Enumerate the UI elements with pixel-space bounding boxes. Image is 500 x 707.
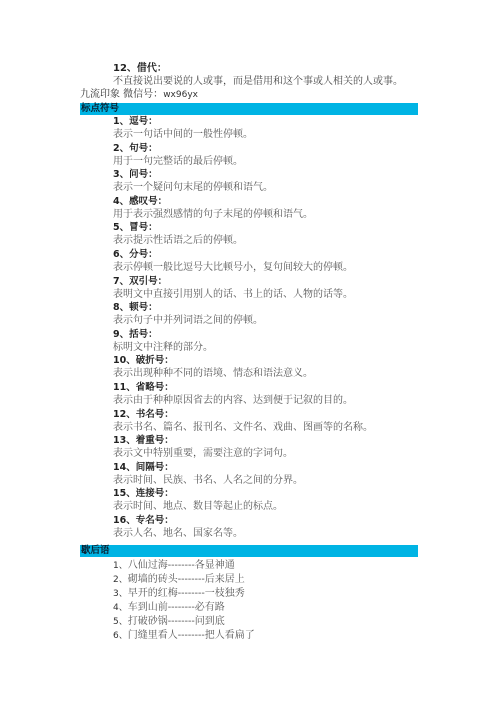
list-item: 14、间隔号：表示时间、民族、书名、人名之间的分界。 xyxy=(113,461,373,488)
item-description: 用于表示强烈感情的句子末尾的停顿和语气。 xyxy=(113,208,373,222)
item-heading: 12、书名号： xyxy=(113,408,373,421)
item-heading: 7、双引号： xyxy=(113,275,373,288)
list-item: 2、砌墙的砖头--------后来居上 xyxy=(113,573,255,587)
item-description: 表示一句话中间的一般性停顿。 xyxy=(113,128,373,142)
credit-line: 九流印象 微信号：wx96yx xyxy=(80,88,198,102)
item-description: 表示书名、篇名、报刊名、文件名、戏曲、图画等的名称。 xyxy=(113,421,373,435)
item-description: 表明文中直接引用别人的话、书上的话、人物的话等。 xyxy=(113,288,373,302)
punctuation-list: 1、逗号：表示一句话中间的一般性停顿。 2、句号：用于一句完整话的最后停顿。 3… xyxy=(113,115,373,541)
list-item: 1、八仙过海--------各显神通 xyxy=(113,559,255,573)
list-item: 3、问号：表示一个疑问句末尾的停顿和语气。 xyxy=(113,168,373,195)
item-description: 表示由于种种原因省去的内容、达到便于记叙的目的。 xyxy=(113,394,373,408)
item-heading: 9、括号： xyxy=(113,328,373,341)
item-text: 早开的红梅--------一枝独秀 xyxy=(128,588,245,599)
item-description: 标明文中注释的部分。 xyxy=(113,341,373,355)
previous-item-description: 不直接说出要说的人或事，而是借用和这个事或人相关的人或事。 xyxy=(113,75,403,88)
item-number: 4、 xyxy=(113,603,128,613)
list-item: 3、早开的红梅--------一枝独秀 xyxy=(113,587,255,601)
document-page: 12、借代： 不直接说出要说的人或事，而是借用和这个事或人相关的人或事。 九流印… xyxy=(0,0,500,707)
item-description: 表示人名、地名、国家名等。 xyxy=(113,527,373,541)
item-description: 表示文中特别重要，需要注意的字词句。 xyxy=(113,447,373,461)
list-item: 11、省略号：表示由于种种原因省去的内容、达到便于记叙的目的。 xyxy=(113,381,373,408)
item-description: 表示句子中并列词语之间的停顿。 xyxy=(113,314,373,328)
list-item: 2、句号：用于一句完整话的最后停顿。 xyxy=(113,142,373,169)
item-heading: 10、破折号： xyxy=(113,354,373,367)
item-number: 6、 xyxy=(113,631,128,641)
item-text: 车到山前--------必有路 xyxy=(128,602,225,613)
item-description: 用于一句完整话的最后停顿。 xyxy=(113,155,373,169)
item-heading: 8、顿号： xyxy=(113,301,373,314)
list-item: 7、双引号：表明文中直接引用别人的话、书上的话、人物的话等。 xyxy=(113,275,373,302)
list-item: 1、逗号：表示一句话中间的一般性停顿。 xyxy=(113,115,373,142)
section-header-xiehouyu: 歇后语 xyxy=(80,545,418,557)
item-heading: 1、逗号： xyxy=(113,115,373,128)
list-item: 9、括号：标明文中注释的部分。 xyxy=(113,328,373,355)
item-heading: 2、句号： xyxy=(113,142,373,155)
xiehouyu-list: 1、八仙过海--------各显神通 2、砌墙的砖头--------后来居上 3… xyxy=(113,559,255,643)
item-number: 5、 xyxy=(113,617,128,627)
list-item: 12、书名号：表示书名、篇名、报刊名、文件名、戏曲、图画等的名称。 xyxy=(113,408,373,435)
item-description: 表示出现种种不同的语境、情态和语法意义。 xyxy=(113,367,373,381)
list-item: 4、车到山前--------必有路 xyxy=(113,601,255,615)
credit-label: 九流印象 微信号： xyxy=(80,89,163,100)
item-heading: 5、冒号： xyxy=(113,221,373,234)
item-heading: 13、着重号： xyxy=(113,434,373,447)
item-heading: 3、问号： xyxy=(113,168,373,181)
item-heading: 4、感叹号： xyxy=(113,195,373,208)
wechat-id: wx96yx xyxy=(163,90,198,100)
item-text: 打破砂锅--------问到底 xyxy=(128,616,225,627)
item-heading: 14、间隔号： xyxy=(113,461,373,474)
item-number: 3、 xyxy=(113,589,128,599)
item-description: 表示停顿一般比逗号大比顿号小，复句间较大的停顿。 xyxy=(113,261,373,275)
list-item: 6、门缝里看人--------把人看扁了 xyxy=(113,629,255,643)
item-text: 八仙过海--------各显神通 xyxy=(128,560,235,571)
list-item: 6、分号：表示停顿一般比逗号大比顿号小，复句间较大的停顿。 xyxy=(113,248,373,275)
list-item: 8、顿号：表示句子中并列词语之间的停顿。 xyxy=(113,301,373,328)
list-item: 10、破折号：表示出现种种不同的语境、情态和语法意义。 xyxy=(113,354,373,381)
list-item: 16、专名号：表示人名、地名、国家名等。 xyxy=(113,514,373,541)
list-item: 5、冒号：表示提示性话语之后的停顿。 xyxy=(113,221,373,248)
item-text: 门缝里看人--------把人看扁了 xyxy=(128,630,255,641)
item-number: 2、 xyxy=(113,575,128,585)
section-header-punctuation: 标点符号 xyxy=(80,103,418,115)
list-item: 4、感叹号：用于表示强烈感情的句子末尾的停顿和语气。 xyxy=(113,195,373,222)
item-description: 表示一个疑问句末尾的停顿和语气。 xyxy=(113,181,373,195)
list-item: 13、着重号：表示文中特别重要，需要注意的字词句。 xyxy=(113,434,373,461)
item-heading: 11、省略号： xyxy=(113,381,373,394)
item-description: 表示时间、民族、书名、人名之间的分界。 xyxy=(113,474,373,488)
list-item: 5、打破砂锅--------问到底 xyxy=(113,615,255,629)
item-description: 表示时间、地点、数目等起止的标点。 xyxy=(113,500,373,514)
item-number: 1、 xyxy=(113,561,128,571)
list-item: 15、连接号：表示时间、地点、数目等起止的标点。 xyxy=(113,487,373,514)
item-description: 表示提示性话语之后的停顿。 xyxy=(113,234,373,248)
item-heading: 15、连接号： xyxy=(113,487,373,500)
item-heading: 16、专名号： xyxy=(113,514,373,527)
previous-item-heading: 12、借代： xyxy=(113,62,167,75)
item-heading: 6、分号： xyxy=(113,248,373,261)
item-text: 砌墙的砖头--------后来居上 xyxy=(128,574,245,585)
